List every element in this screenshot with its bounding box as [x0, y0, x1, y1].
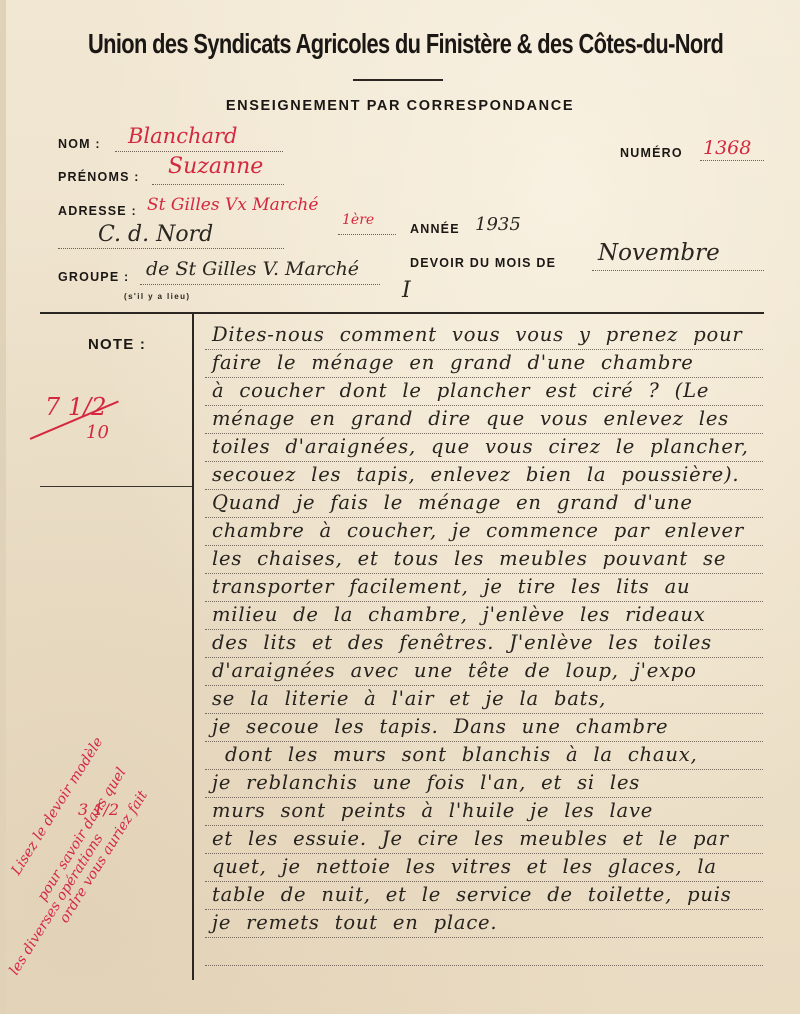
ruled-line	[205, 377, 763, 378]
ruled-line	[205, 965, 763, 966]
ruled-line	[205, 405, 763, 406]
groupe-label: GROUPE :	[58, 270, 129, 284]
numero-label: NUMÉRO	[620, 146, 683, 160]
devoir-value: Novembre	[598, 240, 720, 266]
ruled-line	[205, 573, 763, 574]
devoir-dotted-line	[592, 270, 764, 271]
essay-line-10: transporter facilement, je tire les lits…	[212, 575, 690, 598]
essay-line-2: faire le ménage en grand d'une chambre	[212, 351, 694, 374]
ruled-line	[205, 517, 763, 518]
essay-line-7: Quand je fais le ménage en grand d'une	[212, 491, 693, 514]
ruled-line	[205, 853, 763, 854]
nom-value: Blanchard	[128, 124, 237, 148]
essay-line-4: ménage en grand dire que vous enlevez le…	[212, 407, 729, 430]
adresse-value-line1: St Gilles Vx Marché	[147, 195, 318, 215]
prenoms-label: PRÉNOMS :	[58, 170, 140, 184]
ruled-line	[205, 489, 763, 490]
nom-dotted-line	[115, 151, 283, 152]
essay-line-20: quet, je nettoie les vitres et les glace…	[212, 855, 717, 878]
ruled-line	[205, 881, 763, 882]
devoir-label: DEVOIR DU MOIS DE	[410, 256, 556, 270]
essay-line-13: d'araignées avec une tête de loup, j'exp…	[212, 659, 697, 682]
ruled-line	[205, 349, 763, 350]
ruled-line	[205, 713, 763, 714]
essay-line-8: chambre à coucher, je commence par enlev…	[212, 519, 744, 542]
ruled-line	[205, 461, 763, 462]
groupe-note: (s'il y a lieu)	[124, 292, 190, 301]
groupe-value: de St Gilles V. Marché	[146, 258, 359, 280]
prenoms-value: Suzanne	[168, 154, 263, 179]
essay-frame-divider	[192, 312, 194, 980]
adresse-dotted-line	[58, 248, 284, 249]
annee-prefix-line	[338, 234, 396, 235]
essay-line-22: je remets tout en place.	[212, 911, 497, 934]
note-label-text: NOTE :	[88, 336, 146, 353]
note-label: NOTE :	[88, 336, 146, 353]
essay-line-17: je reblanchis une fois l'an, et si les	[212, 771, 640, 794]
devoir-mark: I	[402, 278, 411, 303]
numero-dotted-line	[700, 160, 764, 161]
ruled-line	[205, 909, 763, 910]
organization-title: Union des Syndicats Agricoles du Finistè…	[88, 28, 712, 60]
ruled-line	[205, 657, 763, 658]
essay-line-15: je secoue les tapis. Dans une chambre	[212, 715, 668, 738]
note-box-bottom-border	[40, 486, 192, 487]
essay-line-1: Dites-nous comment vous vous y prenez po…	[212, 323, 743, 346]
essay-line-5: toiles d'araignées, que vous cirez le pl…	[212, 435, 749, 458]
essay-line-18: murs sont peints à l'huile je les lave	[212, 799, 653, 822]
ruled-line	[205, 433, 763, 434]
prenoms-dotted-line	[152, 184, 284, 185]
essay-line-12: des lits et des fenêtres. J'enlève les t…	[212, 631, 712, 654]
adresse-value-line2: C. d. Nord	[98, 222, 213, 247]
ruled-line	[205, 685, 763, 686]
ruled-line	[205, 545, 763, 546]
essay-line-16: dont les murs sont blanchis à la chaux,	[225, 743, 698, 766]
adresse-label: ADRESSE :	[58, 204, 137, 218]
essay-line-6: secouez les tapis, enlevez bien la pouss…	[212, 463, 739, 486]
ruled-line	[205, 741, 763, 742]
numero-value: 1368	[703, 137, 751, 159]
grade-denominator: 10	[86, 422, 109, 443]
annee-label: ANNÉE	[410, 222, 460, 236]
title-divider	[353, 79, 443, 81]
form-subtitle: ENSEIGNEMENT PAR CORRESPONDANCE	[0, 98, 800, 114]
grade-numerator: 7 1/2	[45, 393, 107, 421]
ruled-line	[205, 629, 763, 630]
essay-line-19: et les essuie. Je cire les meubles et le…	[212, 827, 729, 850]
essay-frame-top-border	[40, 312, 764, 314]
ruled-line	[205, 769, 763, 770]
annee-prefix-note: 1ère	[342, 212, 374, 228]
groupe-dotted-line	[140, 284, 380, 285]
annee-value: 1935	[475, 214, 521, 235]
essay-line-9: les chaises, et tous les meubles pouvant…	[212, 547, 726, 570]
essay-line-3: à coucher dont le plancher est ciré ? (L…	[212, 379, 709, 402]
ruled-line	[205, 937, 763, 938]
essay-line-11: milieu de la chambre, j'enlève les ridea…	[212, 603, 706, 626]
ruled-line	[205, 797, 763, 798]
essay-line-14: se la literie à l'air et je la bats,	[212, 687, 606, 710]
ruled-line	[205, 601, 763, 602]
page-edge	[0, 0, 6, 1014]
nom-label: NOM :	[58, 137, 101, 151]
essay-line-21: table de nuit, et le service de toilette…	[212, 883, 732, 906]
ruled-line	[205, 825, 763, 826]
